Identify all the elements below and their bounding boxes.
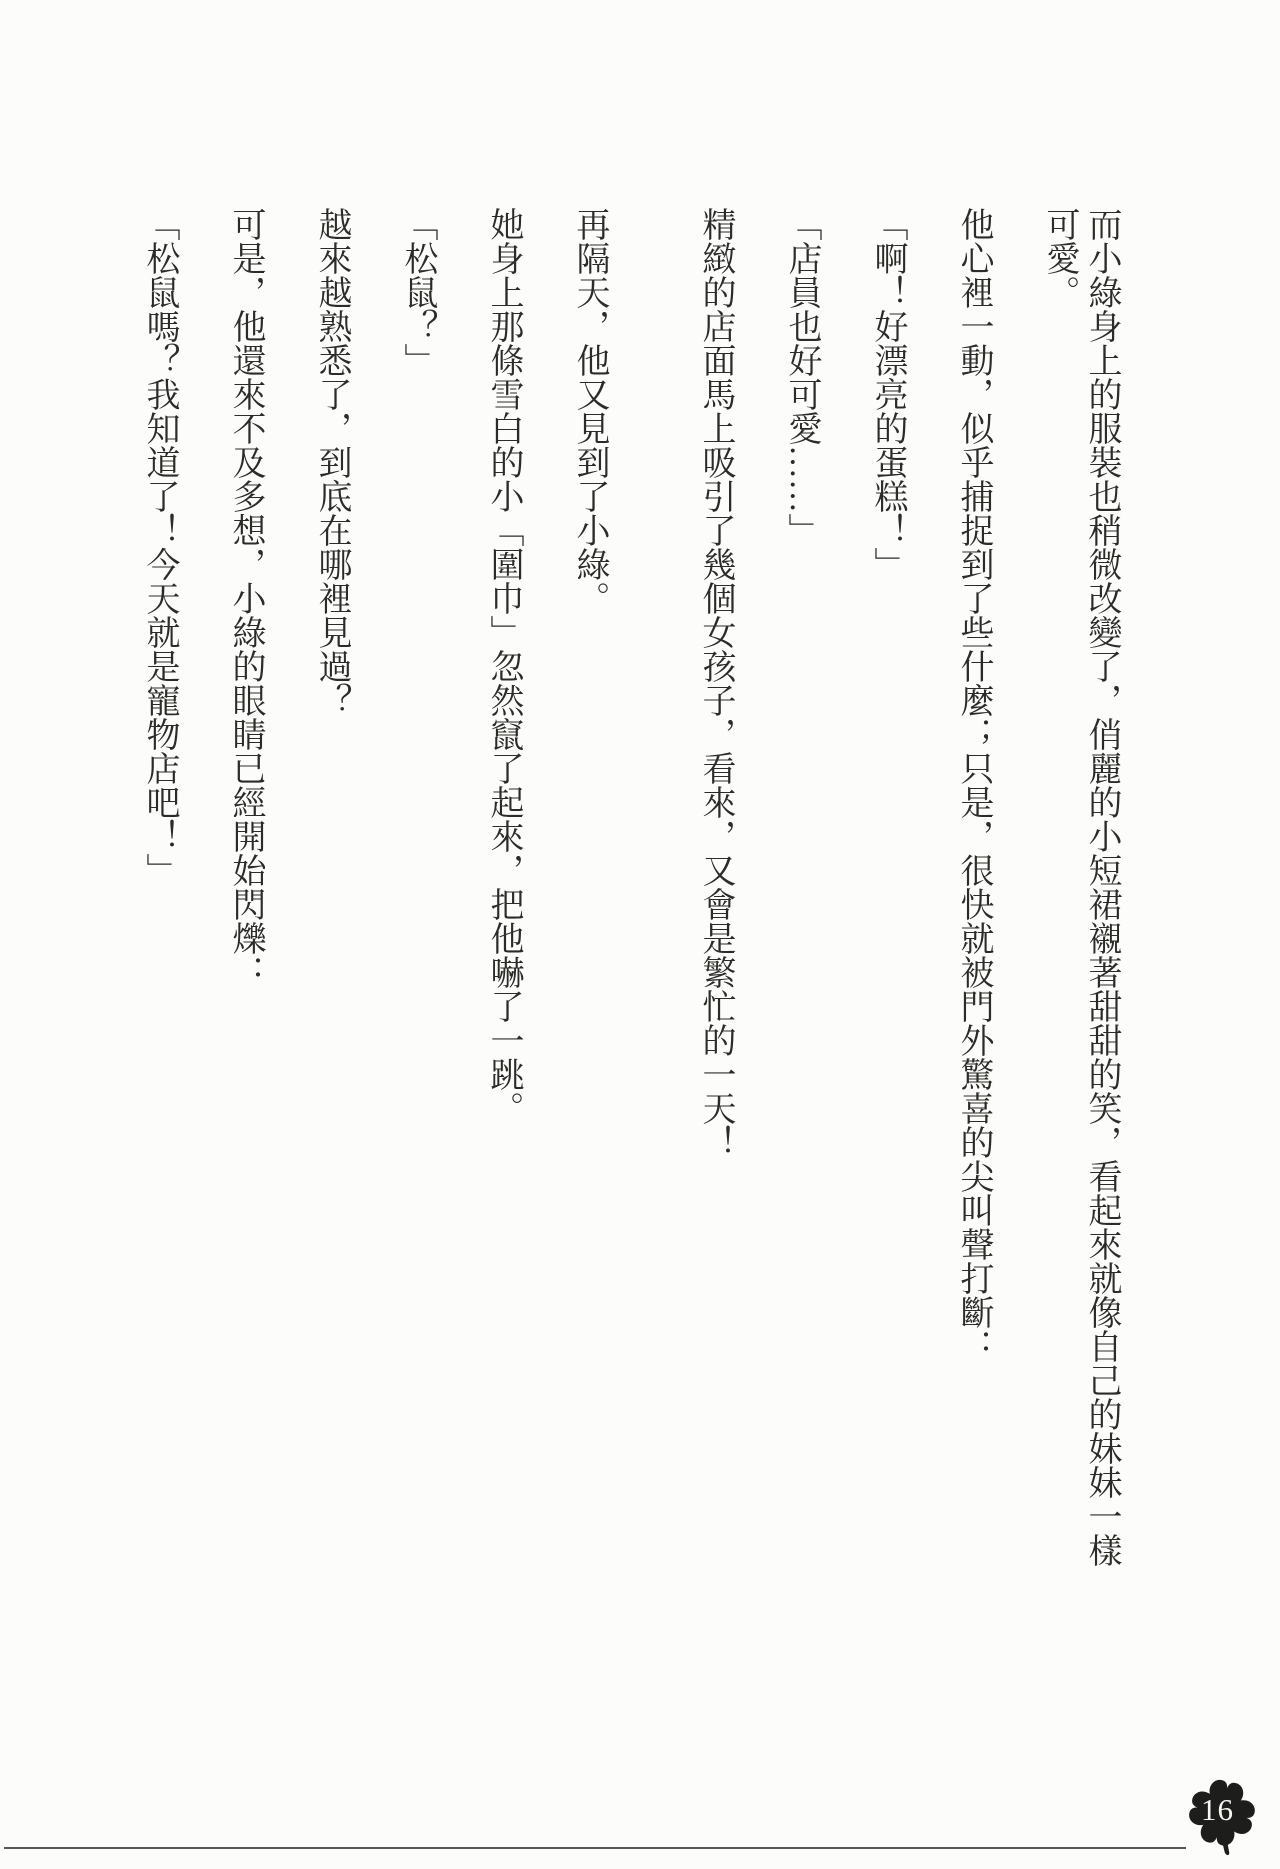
paragraph: 越來越熟悉了，到底在哪裡見過？ — [310, 207, 352, 1589]
paragraph: 再隔天，他又見到了小綠。 — [568, 207, 610, 1589]
book-page: 而小綠身上的服裝也稍微改變了，俏麗的小短裙襯著甜甜的笑，看起來就像自己的妹妹一樣… — [0, 0, 1280, 1869]
paragraph-dialogue: 「松鼠？」 — [396, 207, 438, 1589]
paragraph-dialogue: 「啊！好漂亮的蛋糕！」 — [866, 207, 908, 1589]
footer-rule-line — [4, 1847, 1186, 1849]
paragraph: 可是，他還來不及多想，小綠的眼睛已經開始閃爍： — [224, 207, 266, 1589]
body-text: 而小綠身上的服裝也稍微改變了，俏麗的小短裙襯著甜甜的笑，看起來就像自己的妹妹一樣… — [94, 207, 1122, 1589]
paragraph: 精緻的店面馬上吸引了幾個女孩子，看來，又會是繁忙的一天！ — [694, 207, 736, 1589]
paragraph: 她身上那條雪白的小「圍巾」忽然竄了起來，把他嚇了一跳。 — [482, 207, 524, 1589]
paragraph: 而小綠身上的服裝也稍微改變了，俏麗的小短裙襯著甜甜的笑，看起來就像自己的妹妹一樣… — [1038, 207, 1122, 1589]
paragraph-dialogue: 「店員也好可愛……」 — [780, 207, 822, 1589]
paragraph: 他心裡一動，似乎捕捉到了些什麼；只是，很快就被門外驚喜的尖叫聲打斷： — [952, 207, 994, 1589]
page-number: 16 — [1201, 1794, 1234, 1825]
paragraph-dialogue: 「松鼠嗎？我知道了！今天就是寵物店吧！」 — [138, 207, 180, 1589]
